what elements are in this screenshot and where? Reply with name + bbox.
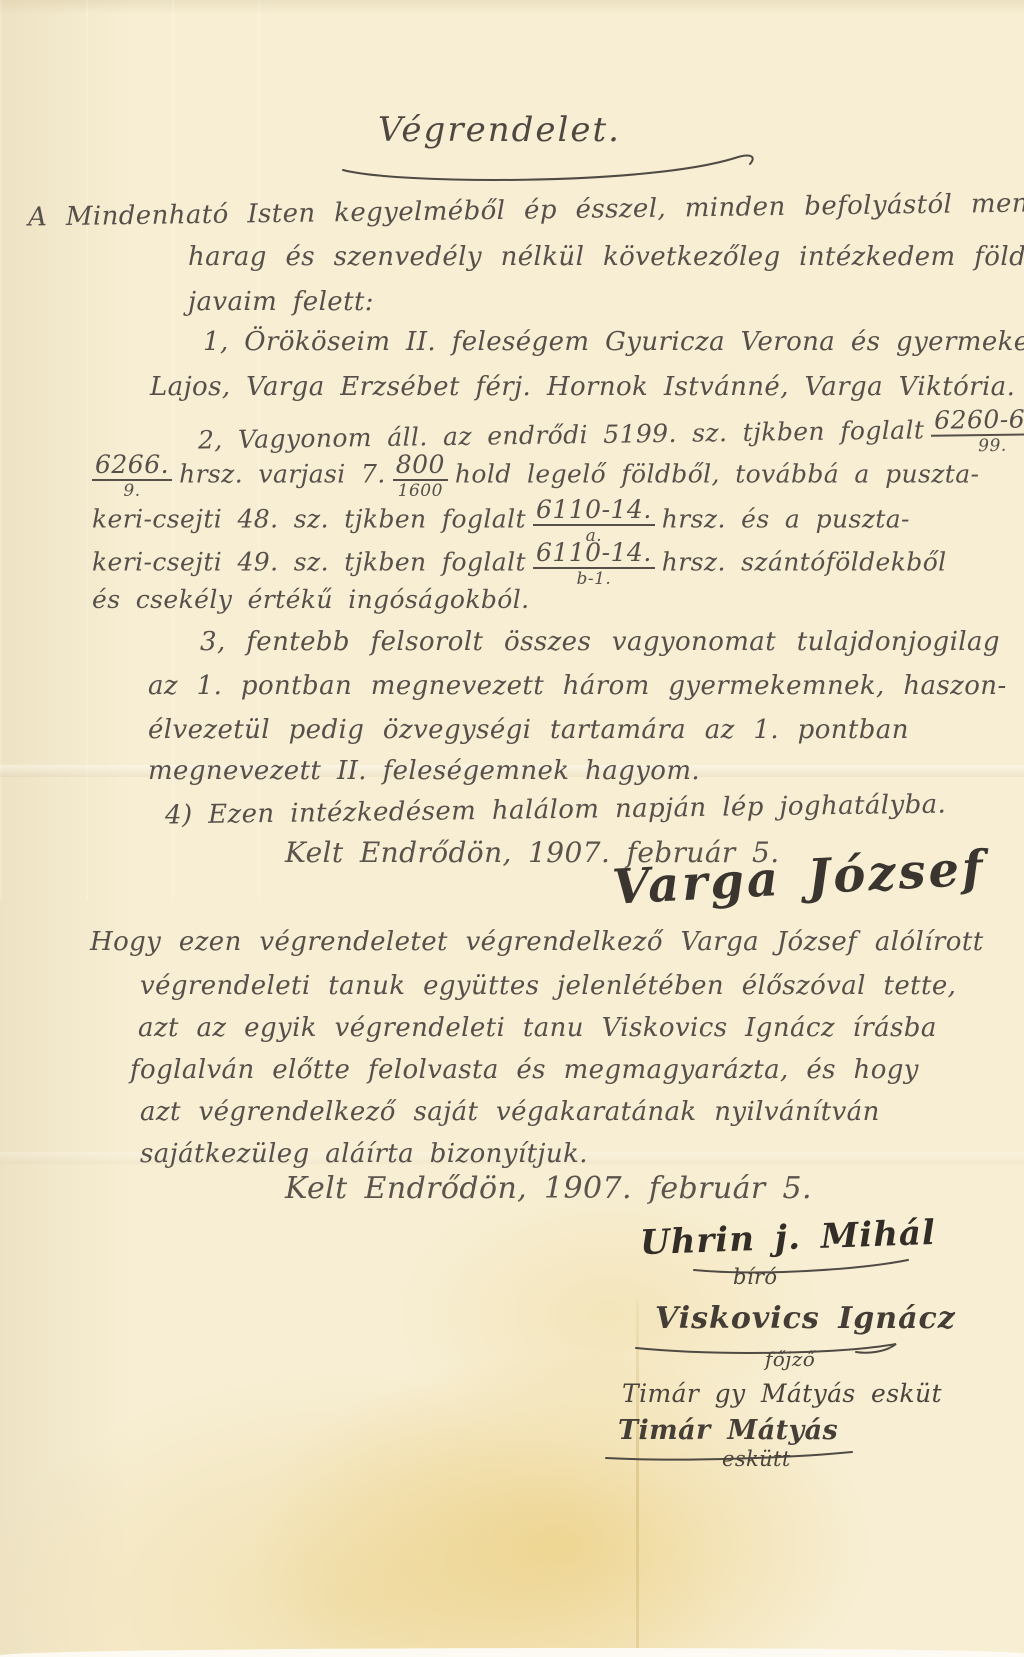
document-title: Végrendelet.: [378, 112, 621, 149]
fraction-top: 6110-14.: [533, 540, 655, 569]
point1-line-2: Lajos, Varga Erzsébet férj. Hornok Istvá…: [150, 373, 1015, 402]
point2-line4-text-end: hrsz. szántóföldekből: [662, 548, 947, 577]
attestation-line-5: azt végrendelkező saját végakaratának ny…: [140, 1098, 880, 1127]
point2-line-5: és csekély értékű ingóságokból.: [92, 586, 529, 614]
attestation-line-1: Hogy ezen végrendeletet végrendelkező Va…: [90, 928, 984, 957]
point2-line-2: 6266.9.hrsz. varjasi 7.8001600hold legel…: [92, 452, 979, 500]
intro-line-1: A Mindenható Isten kegyelméből ép ésszel…: [28, 189, 1024, 233]
intro-line-3: javaim felett:: [188, 288, 374, 317]
witness-role-1: bíró: [733, 1266, 777, 1289]
witness-signature-2: Viskovics Ignácz: [655, 1302, 956, 1335]
witness-role-2: főjző: [765, 1348, 815, 1370]
parcel-number-fraction-2: 6266.9.: [92, 452, 172, 500]
point2-line2-text-end: hold legelő földből, továbbá a puszta-: [455, 460, 979, 489]
fraction-top: 6266.: [92, 452, 172, 481]
parcel-number-fraction-1: 6260-64,99.: [931, 406, 1024, 456]
point3-line-2: az 1. pontban megnevezett három gyermeke…: [148, 672, 1007, 701]
attestation-line-3: azt az egyik végrendeleti tanu Viskovics…: [138, 1014, 937, 1043]
fraction-top: 6110-14.: [533, 497, 655, 526]
acreage-fraction: 8001600: [393, 452, 448, 500]
attestation-line-6: sajátkezüleg aláírta bizonyítjuk.: [140, 1140, 588, 1169]
point2-line-3: keri-csejti 48. sz. tjkben foglalt6110-1…: [92, 497, 910, 545]
fraction-bottom: b-1.: [576, 569, 611, 588]
fraction-bottom: 99.: [978, 436, 1007, 455]
point2-line2-text: hrsz. varjasi 7.: [179, 460, 386, 489]
dateline-2: Kelt Endrődön, 1907. február 5.: [285, 1172, 812, 1205]
fraction-top: 800: [393, 452, 448, 481]
point2-line3-text: keri-csejti 48. sz. tjkben foglalt: [92, 505, 526, 534]
witness-signature-4: Timár Mátyás: [618, 1416, 838, 1446]
witness-role-4: eskütt: [722, 1448, 791, 1471]
scan-bottom-edge: [0, 1648, 1024, 1657]
attestation-line-2: végrendeleti tanuk együttes jelenlétében…: [140, 972, 956, 1001]
point3-line-1: 3, fentebb felsorolt összes vagyonomat t…: [200, 628, 1000, 657]
intro-line-2: harag és szenvedély nélkül következőleg …: [188, 243, 1024, 272]
parcel-number-fraction-4: 6110-14.b-1.: [533, 540, 655, 588]
point3-line-3: élvezetül pedig özvegységi tartamára az …: [148, 716, 909, 745]
point4-line: 4) Ezen intézkedésem halálom napján lép …: [165, 791, 947, 830]
fold-crease-vertical: [636, 1300, 639, 1652]
fraction-top: 6260-64,: [931, 406, 1024, 437]
witness-signature-1: Uhrin j. Mihál: [639, 1215, 936, 1263]
document-page: Végrendelet. A Mindenható Isten kegyelmé…: [0, 0, 1024, 1657]
point2-line3-text-end: hrsz. és a puszta-: [662, 505, 910, 534]
witness-signature-3: Timár gy Mátyás esküt: [622, 1380, 942, 1408]
point1-line-1: 1, Örököseim II. feleségem Gyuricza Vero…: [203, 328, 1024, 357]
point2-line4-text: keri-csejti 49. sz. tjkben foglalt: [92, 548, 526, 577]
point2-line-4: keri-csejti 49. sz. tjkben foglalt6110-1…: [92, 540, 947, 588]
attestation-line-4: foglalván előtte felolvasta és megmagyar…: [130, 1056, 919, 1085]
point2-line1-text: 2, Vagyonom áll. az endrődi 5199. sz. tj…: [198, 415, 925, 454]
point3-line-4: megnevezett II. feleségemnek hagyom.: [148, 757, 700, 786]
